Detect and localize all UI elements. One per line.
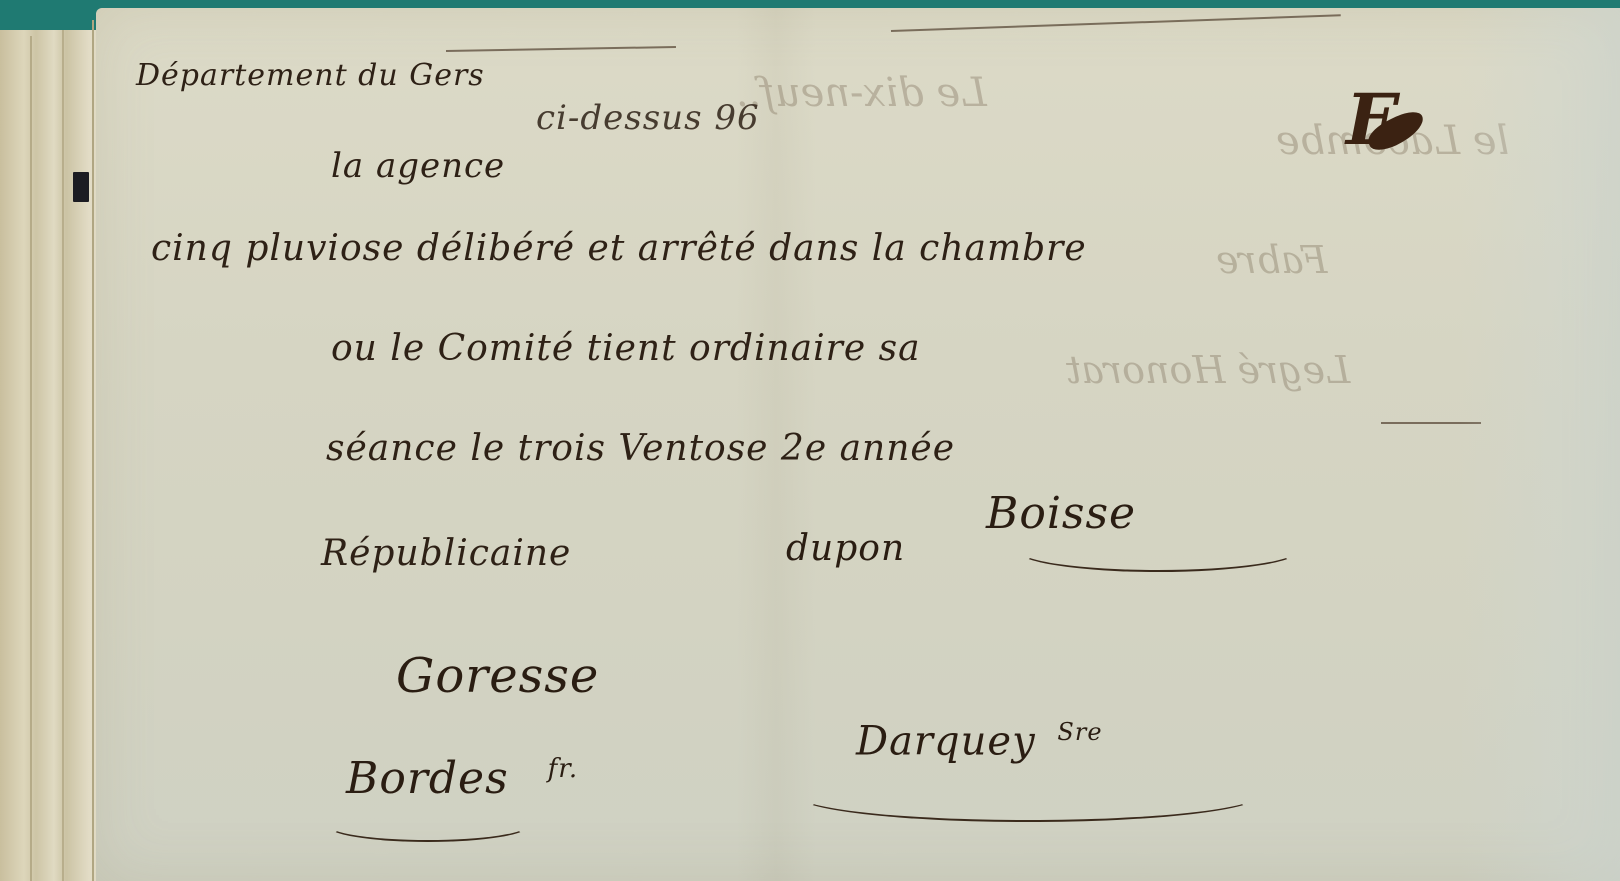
page-edge-line <box>92 20 94 881</box>
black-tab-marker <box>73 172 89 202</box>
bleed-through-text: Le dix-neuf.. <box>736 70 987 116</box>
signature-flourish <box>326 808 530 842</box>
signature-bordes: Bordes fr. <box>346 753 578 804</box>
signature-dupon: dupon <box>786 528 905 569</box>
bleed-through-text: Legré Honorat <box>1066 348 1350 392</box>
body-line-2: ou le Comité tient ordinaire sa <box>331 328 921 369</box>
manuscript-page: Le dix-neuf.. le Lacombe Fabre Legré Hon… <box>96 8 1620 881</box>
signature-flourish <box>796 768 1260 822</box>
signature-darquey: Darquey Sre <box>856 718 1103 764</box>
body-line-1: cinq pluviose délibéré et arrêté dans la… <box>151 228 1087 269</box>
header-rule <box>446 46 676 52</box>
page-edge-line <box>62 30 64 881</box>
header-line-3: la agence <box>331 146 505 186</box>
signature-suffix: Sre <box>1057 718 1102 746</box>
signature-suffix: fr. <box>548 754 578 784</box>
page-edge-line <box>30 36 32 881</box>
body-line-3: séance le trois Ventose 2e année <box>326 428 955 469</box>
signature-name: Bordes <box>346 753 509 804</box>
signature-name: Darquey <box>856 718 1036 764</box>
top-right-rule <box>891 14 1341 32</box>
signature-goresse: Goresse <box>396 648 599 704</box>
body-line-4: Républicaine <box>321 533 571 574</box>
bleed-through-text: Fabre <box>1216 238 1327 282</box>
year-rule <box>1381 422 1481 424</box>
header-heading: Département du Gers <box>136 58 485 93</box>
header-line-2: ci-dessus 96 <box>536 98 760 138</box>
signature-flourish <box>1016 528 1300 572</box>
